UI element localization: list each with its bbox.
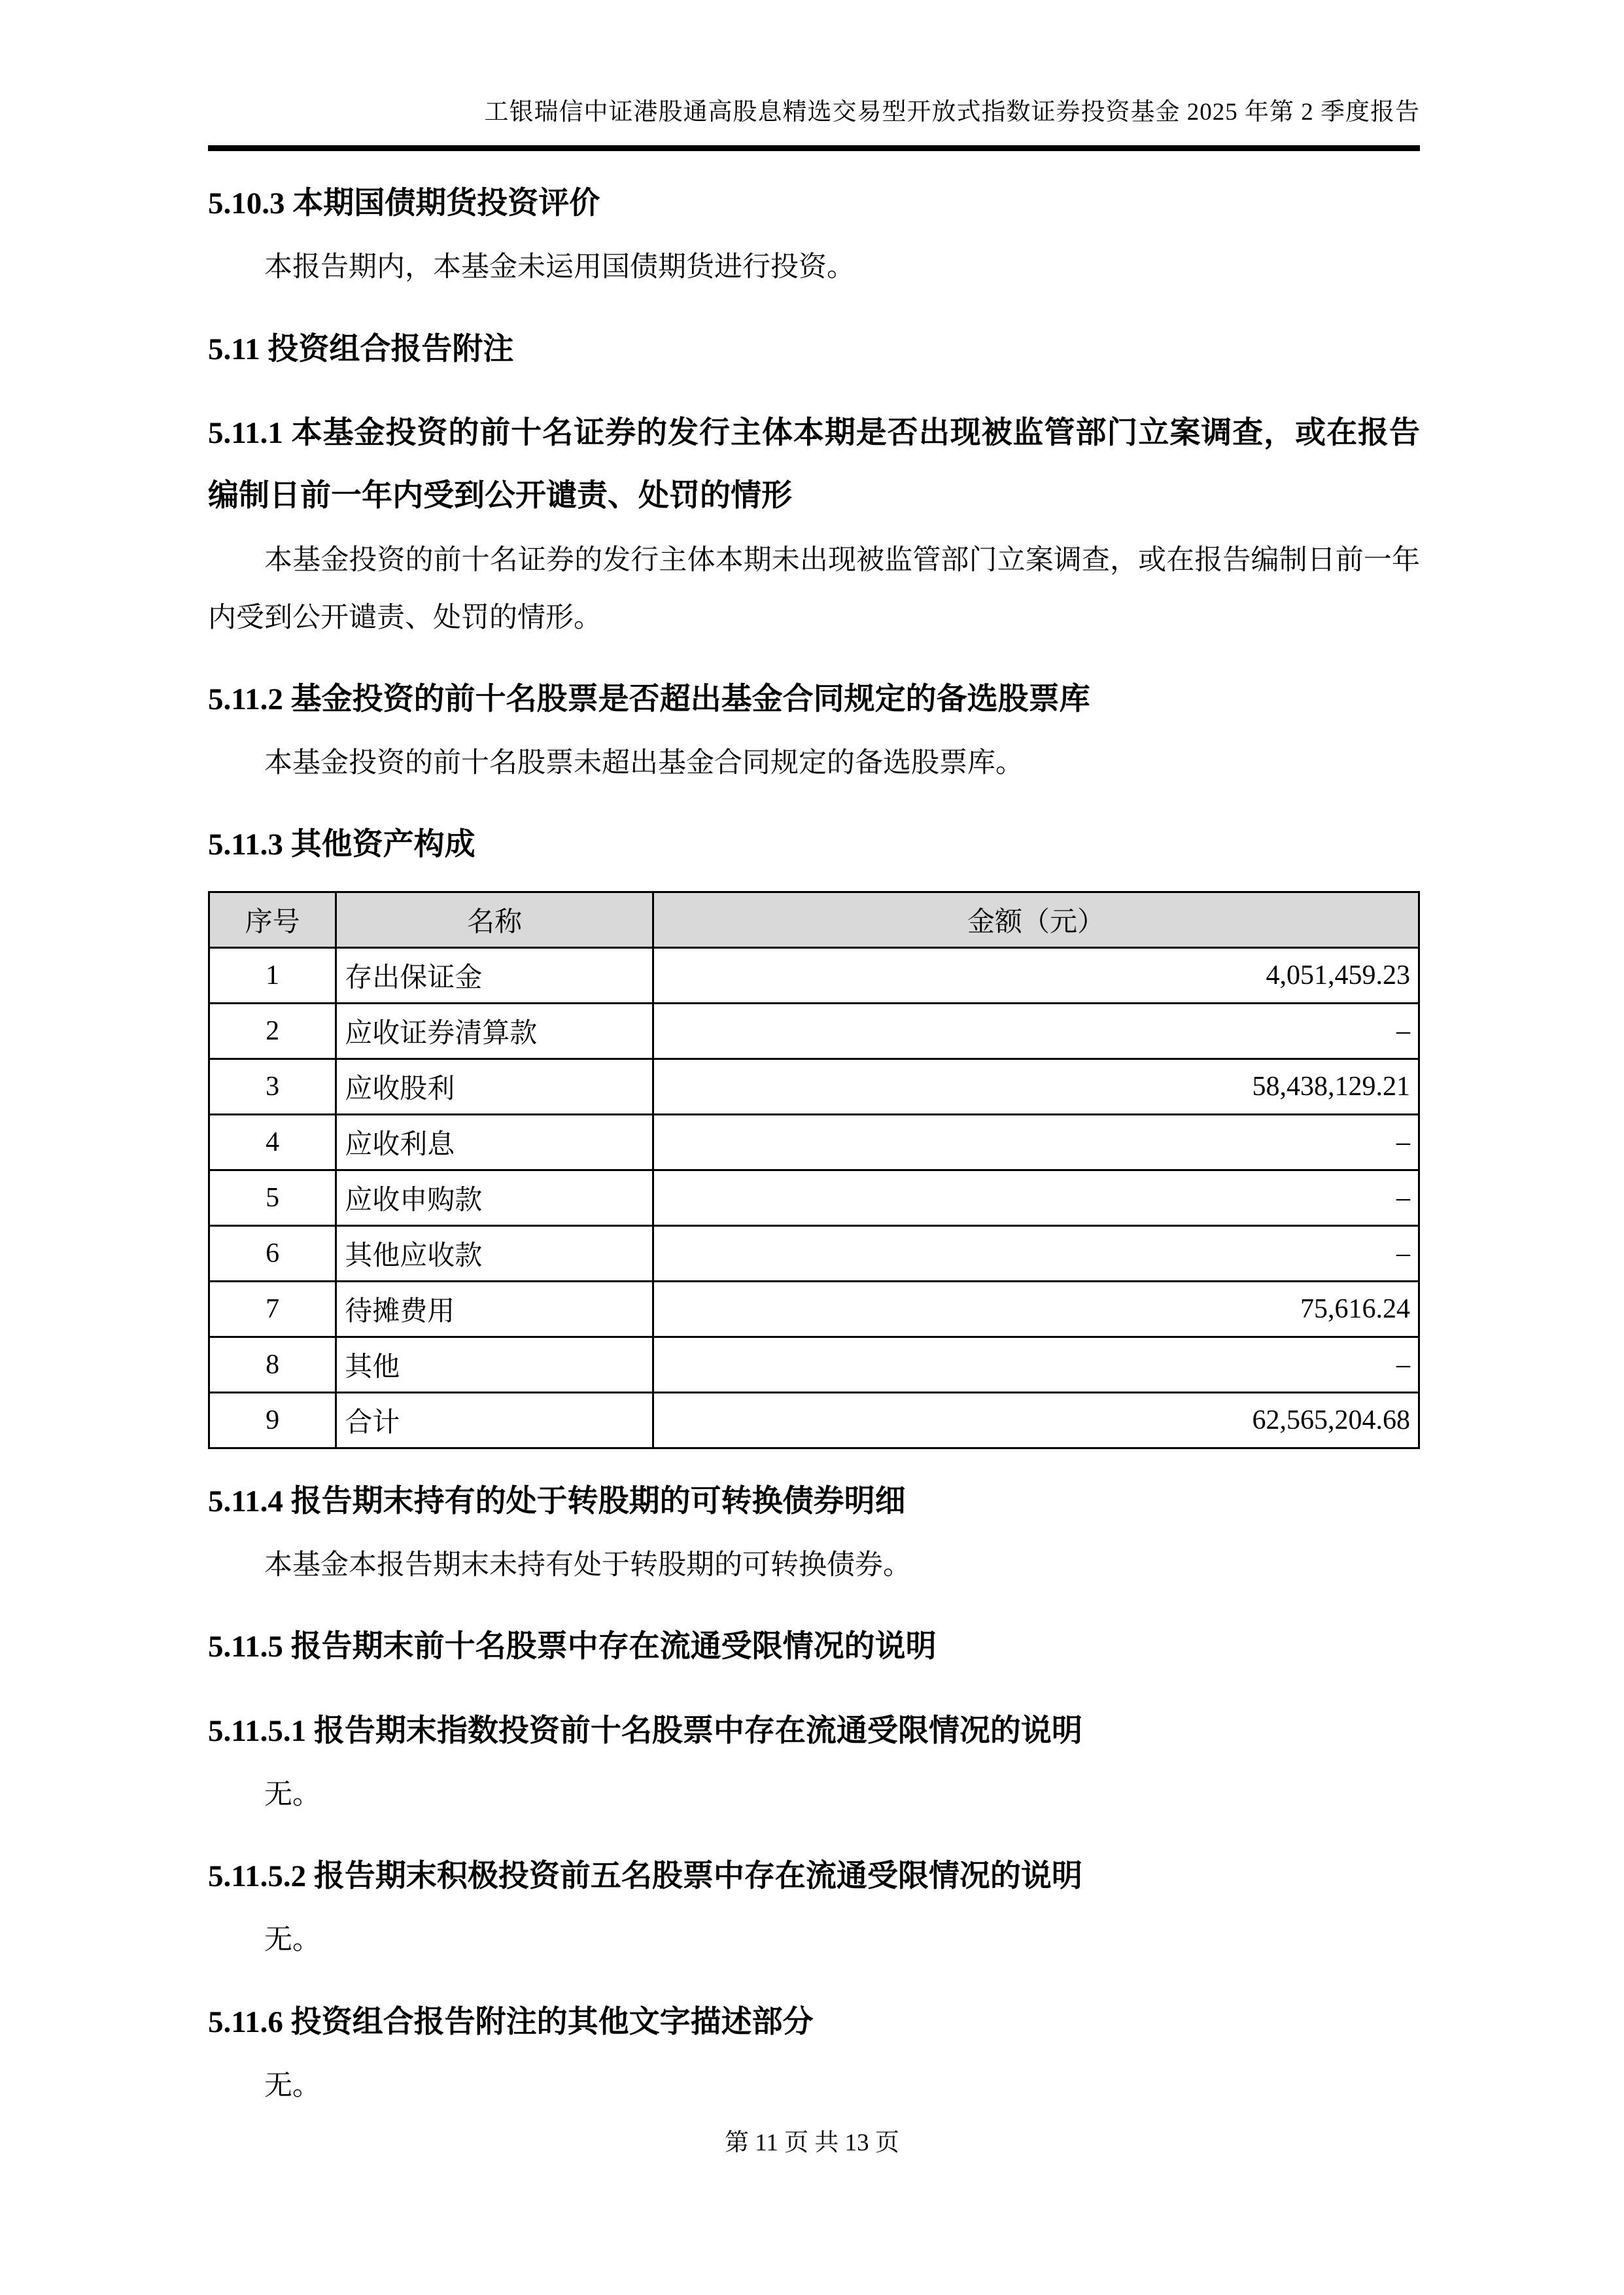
cell-no: 6 <box>209 1225 336 1281</box>
header-rule <box>208 145 1420 151</box>
table-row: 8 其他 – <box>209 1337 1419 1392</box>
cell-name: 其他 <box>336 1337 653 1392</box>
cell-no: 4 <box>209 1114 336 1170</box>
section-body-5-11-2: 本基金投资的前十名股票未超出基金合同规定的备选股票库。 <box>208 735 1420 792</box>
cell-amount: 58,438,129.21 <box>653 1059 1419 1114</box>
table-row: 5 应收申购款 – <box>209 1170 1419 1225</box>
section-body-5-11-5-1: 无。 <box>208 1766 1420 1824</box>
cell-name: 应收利息 <box>336 1114 653 1170</box>
section-body-5-11-1: 本基金投资的前十名证券的发行主体本期未出现被监管部门立案调查，或在报告编制日前一… <box>208 532 1420 647</box>
table-row: 2 应收证券清算款 – <box>209 1003 1419 1059</box>
table-row: 7 待摊费用 75,616.24 <box>209 1281 1419 1337</box>
cell-name: 应收证券清算款 <box>336 1003 653 1059</box>
table-row: 9 合计 62,565,204.68 <box>209 1392 1419 1448</box>
cell-no: 7 <box>209 1281 336 1337</box>
table-row: 1 存出保证金 4,051,459.23 <box>209 947 1419 1003</box>
other-assets-table: 序号 名称 金额（元） 1 存出保证金 4,051,459.23 2 应收证券清… <box>208 891 1420 1449</box>
section-heading-5-11-5-1: 5.11.5.1 报告期末指数投资前十名股票中存在流通受限情况的说明 <box>208 1700 1420 1762</box>
section-body-5-11-6: 无。 <box>208 2058 1420 2115</box>
table-header-row: 序号 名称 金额（元） <box>209 892 1419 947</box>
section-heading-5-10-3: 5.10.3 本期国债期货投资评价 <box>208 172 1420 235</box>
section-heading-5-11-1: 5.11.1 本基金投资的前十名证券的发行主体本期是否出现被监管部门立案调查，或… <box>208 402 1420 528</box>
section-heading-5-11-5: 5.11.5 报告期末前十名股票中存在流通受限情况的说明 <box>208 1615 1420 1678</box>
col-header-amount: 金额（元） <box>653 892 1419 947</box>
cell-no: 8 <box>209 1337 336 1392</box>
cell-amount: 62,565,204.68 <box>653 1392 1419 1448</box>
cell-name: 应收股利 <box>336 1059 653 1114</box>
cell-amount: – <box>653 1114 1419 1170</box>
table-row: 6 其他应收款 – <box>209 1225 1419 1281</box>
cell-amount: 75,616.24 <box>653 1281 1419 1337</box>
report-page: 工银瑞信中证港股通高股息精选交易型开放式指数证券投资基金 2025 年第 2 季… <box>0 0 1624 2295</box>
cell-name: 应收申购款 <box>336 1170 653 1225</box>
table-row: 3 应收股利 58,438,129.21 <box>209 1059 1419 1114</box>
cell-name: 其他应收款 <box>336 1225 653 1281</box>
cell-amount: – <box>653 1170 1419 1225</box>
cell-amount: – <box>653 1337 1419 1392</box>
section-body-5-10-3: 本报告期内，本基金未运用国债期货进行投资。 <box>208 239 1420 296</box>
cell-no: 2 <box>209 1003 336 1059</box>
page-header: 工银瑞信中证港股通高股息精选交易型开放式指数证券投资基金 2025 年第 2 季… <box>208 97 1420 128</box>
cell-no: 1 <box>209 947 336 1003</box>
section-body-5-11-5-2: 无。 <box>208 1912 1420 1969</box>
cell-no: 3 <box>209 1059 336 1114</box>
table-row: 4 应收利息 – <box>209 1114 1419 1170</box>
col-header-no: 序号 <box>209 892 336 947</box>
cell-amount: 4,051,459.23 <box>653 947 1419 1003</box>
cell-no: 5 <box>209 1170 336 1225</box>
section-heading-5-11-6: 5.11.6 投资组合报告附注的其他文字描述部分 <box>208 1991 1420 2054</box>
section-heading-5-11: 5.11 投资组合报告附注 <box>208 318 1420 381</box>
cell-name: 合计 <box>336 1392 653 1448</box>
section-heading-5-11-2: 5.11.2 基金投资的前十名股票是否超出基金合同规定的备选股票库 <box>208 668 1420 731</box>
col-header-name: 名称 <box>336 892 653 947</box>
section-body-5-11-4: 本基金本报告期末未持有处于转股期的可转换债券。 <box>208 1537 1420 1594</box>
cell-no: 9 <box>209 1392 336 1448</box>
section-heading-5-11-3: 5.11.3 其他资产构成 <box>208 813 1420 876</box>
section-heading-5-11-5-2: 5.11.5.2 报告期末积极投资前五名股票中存在流通受限情况的说明 <box>208 1845 1420 1908</box>
cell-amount: – <box>653 1003 1419 1059</box>
section-heading-5-11-4: 5.11.4 报告期末持有的处于转股期的可转换债券明细 <box>208 1470 1420 1533</box>
cell-amount: – <box>653 1225 1419 1281</box>
cell-name: 待摊费用 <box>336 1281 653 1337</box>
report-title: 工银瑞信中证港股通高股息精选交易型开放式指数证券投资基金 2025 年第 2 季… <box>485 99 1421 126</box>
page-footer: 第 11 页 共 13 页 <box>0 2122 1624 2158</box>
page-number: 第 11 页 共 13 页 <box>725 2129 899 2156</box>
cell-name: 存出保证金 <box>336 947 653 1003</box>
